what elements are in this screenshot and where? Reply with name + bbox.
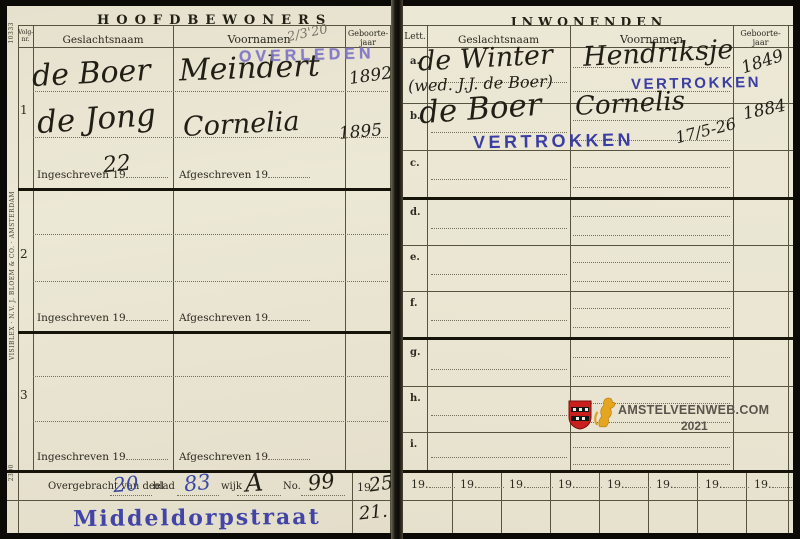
birthyear-entry: 1895	[338, 122, 383, 143]
watermark-site: AMSTELVEENWEB.COM	[618, 403, 769, 417]
amstelveen-shield-icon	[568, 400, 592, 434]
ruled-line	[573, 308, 730, 309]
ruled-line	[431, 274, 567, 275]
column-header-geslachtsnaam: Geslachtsnaam	[33, 34, 173, 46]
ruled-line	[177, 495, 219, 496]
grid-line	[352, 473, 353, 533]
ruled-line	[573, 464, 730, 465]
group-number: 2	[20, 247, 28, 261]
printer-mark: VISIBLEX · N.V. J. BLOEM & CO. · AMSTERD…	[9, 191, 16, 360]
lodger-row-c: c.	[403, 150, 793, 197]
no-label: No.	[283, 481, 301, 492]
grid-line	[403, 500, 793, 501]
afgeschreven-label: Afgeschreven 19	[179, 169, 310, 181]
year-cell: 19.	[411, 478, 455, 491]
ruled-line	[573, 357, 730, 358]
column-header-lett: Lett.	[403, 32, 427, 42]
lodger-row-d: d.	[403, 200, 793, 245]
watermark-year: 2021	[681, 419, 708, 433]
ruled-line	[573, 216, 730, 217]
surname-entry: de Boer	[418, 90, 543, 129]
ruled-line	[301, 495, 345, 496]
street-name-stamp: Middeldorpstraat	[73, 506, 321, 530]
surname-entry: de Boer	[31, 56, 151, 92]
year-cell: 19.	[656, 478, 700, 491]
lodger-row-e: e.	[403, 245, 793, 291]
firstnames-entry: Hendriksje	[582, 36, 734, 71]
lodger-row-f: f.	[403, 291, 793, 337]
column-header-volgnr: Volg- nr.	[18, 30, 33, 44]
year-cell: 19.	[558, 478, 602, 491]
year-cell: 19.	[705, 478, 749, 491]
watermark: AMSTELVEENWEB.COM 2021	[565, 394, 755, 442]
firstnames-entry: Cornelis	[574, 88, 685, 120]
ruled-line	[431, 369, 567, 370]
ruled-line	[431, 320, 567, 321]
blad-value: 83	[183, 472, 212, 496]
surname-entry: de Winter	[417, 41, 553, 75]
ruled-line	[33, 234, 388, 235]
ruled-line	[573, 235, 730, 236]
ruled-line	[573, 447, 730, 448]
grid-line	[18, 25, 391, 26]
year-cell: 19.	[509, 478, 553, 491]
wijk-value: A	[244, 469, 264, 495]
ruled-line	[431, 457, 567, 458]
ruled-line	[573, 376, 730, 377]
register-scan: 10333 VISIBLEX · N.V. J. BLOEM & CO. · A…	[0, 0, 800, 539]
ruled-line	[573, 262, 730, 263]
ingeschreven-year-entry: 22	[102, 153, 132, 178]
form-number-top: 10333	[8, 22, 15, 44]
left-page: 10333 VISIBLEX · N.V. J. BLOEM & CO. · A…	[7, 6, 391, 533]
group-number: 3	[20, 388, 28, 402]
year-cell: 19.	[460, 478, 504, 491]
wijk-label: wijk	[221, 481, 242, 492]
blad-label: blad	[153, 481, 175, 492]
ruled-line	[431, 179, 567, 180]
deel-value: 20	[112, 473, 139, 495]
resident-group-3: 3 Ingeschreven 19 Afgeschreven 19	[18, 334, 390, 470]
ingeschreven-label: Ingeschreven 19	[37, 312, 168, 324]
right-page: INWONENDEN Lett. Geslachtsnaam Voornamen…	[403, 6, 793, 533]
ruled-line	[33, 281, 388, 282]
afgeschreven-label: Afgeschreven 19	[179, 312, 310, 324]
ingeschreven-label: Ingeschreven 19	[37, 169, 168, 181]
section-title-inwonenden: INWONENDEN	[489, 14, 689, 29]
house-number-entry: 21.	[358, 503, 388, 524]
grid-line	[7, 500, 391, 501]
ruled-line	[573, 281, 730, 282]
lion-icon	[592, 394, 618, 434]
ruled-line	[431, 228, 567, 229]
no-value: 99	[307, 470, 336, 494]
ruled-line	[573, 167, 730, 168]
year-cell: 19.	[607, 478, 651, 491]
grid-line	[403, 25, 793, 26]
ingeschreven-label: Ingeschreven 19	[37, 451, 168, 463]
vertrokken-stamp: VERTROKKEN	[473, 131, 634, 152]
year-cell: 19.	[754, 478, 793, 491]
year-cell-written: 25	[368, 473, 391, 495]
resident-group-2: 2 Ingeschreven 19 Afgeschreven 19	[18, 191, 390, 331]
firstnames-entry: Cornelia	[182, 108, 300, 141]
lodger-row-g: g.	[403, 340, 793, 386]
page-gutter	[391, 0, 403, 539]
column-header-geboortejaar: Geboorte- jaar	[733, 29, 788, 47]
ruled-line	[573, 187, 730, 188]
afgeschreven-label: Afgeschreven 19	[179, 451, 310, 463]
ruled-line	[573, 327, 730, 328]
group-number: 1	[20, 103, 28, 117]
ruled-line	[33, 376, 388, 377]
overgebracht-label: Overgebracht van deel	[48, 481, 164, 492]
surname-entry: de Jong	[36, 100, 157, 139]
ruled-line	[33, 421, 388, 422]
ruled-line	[431, 415, 567, 416]
